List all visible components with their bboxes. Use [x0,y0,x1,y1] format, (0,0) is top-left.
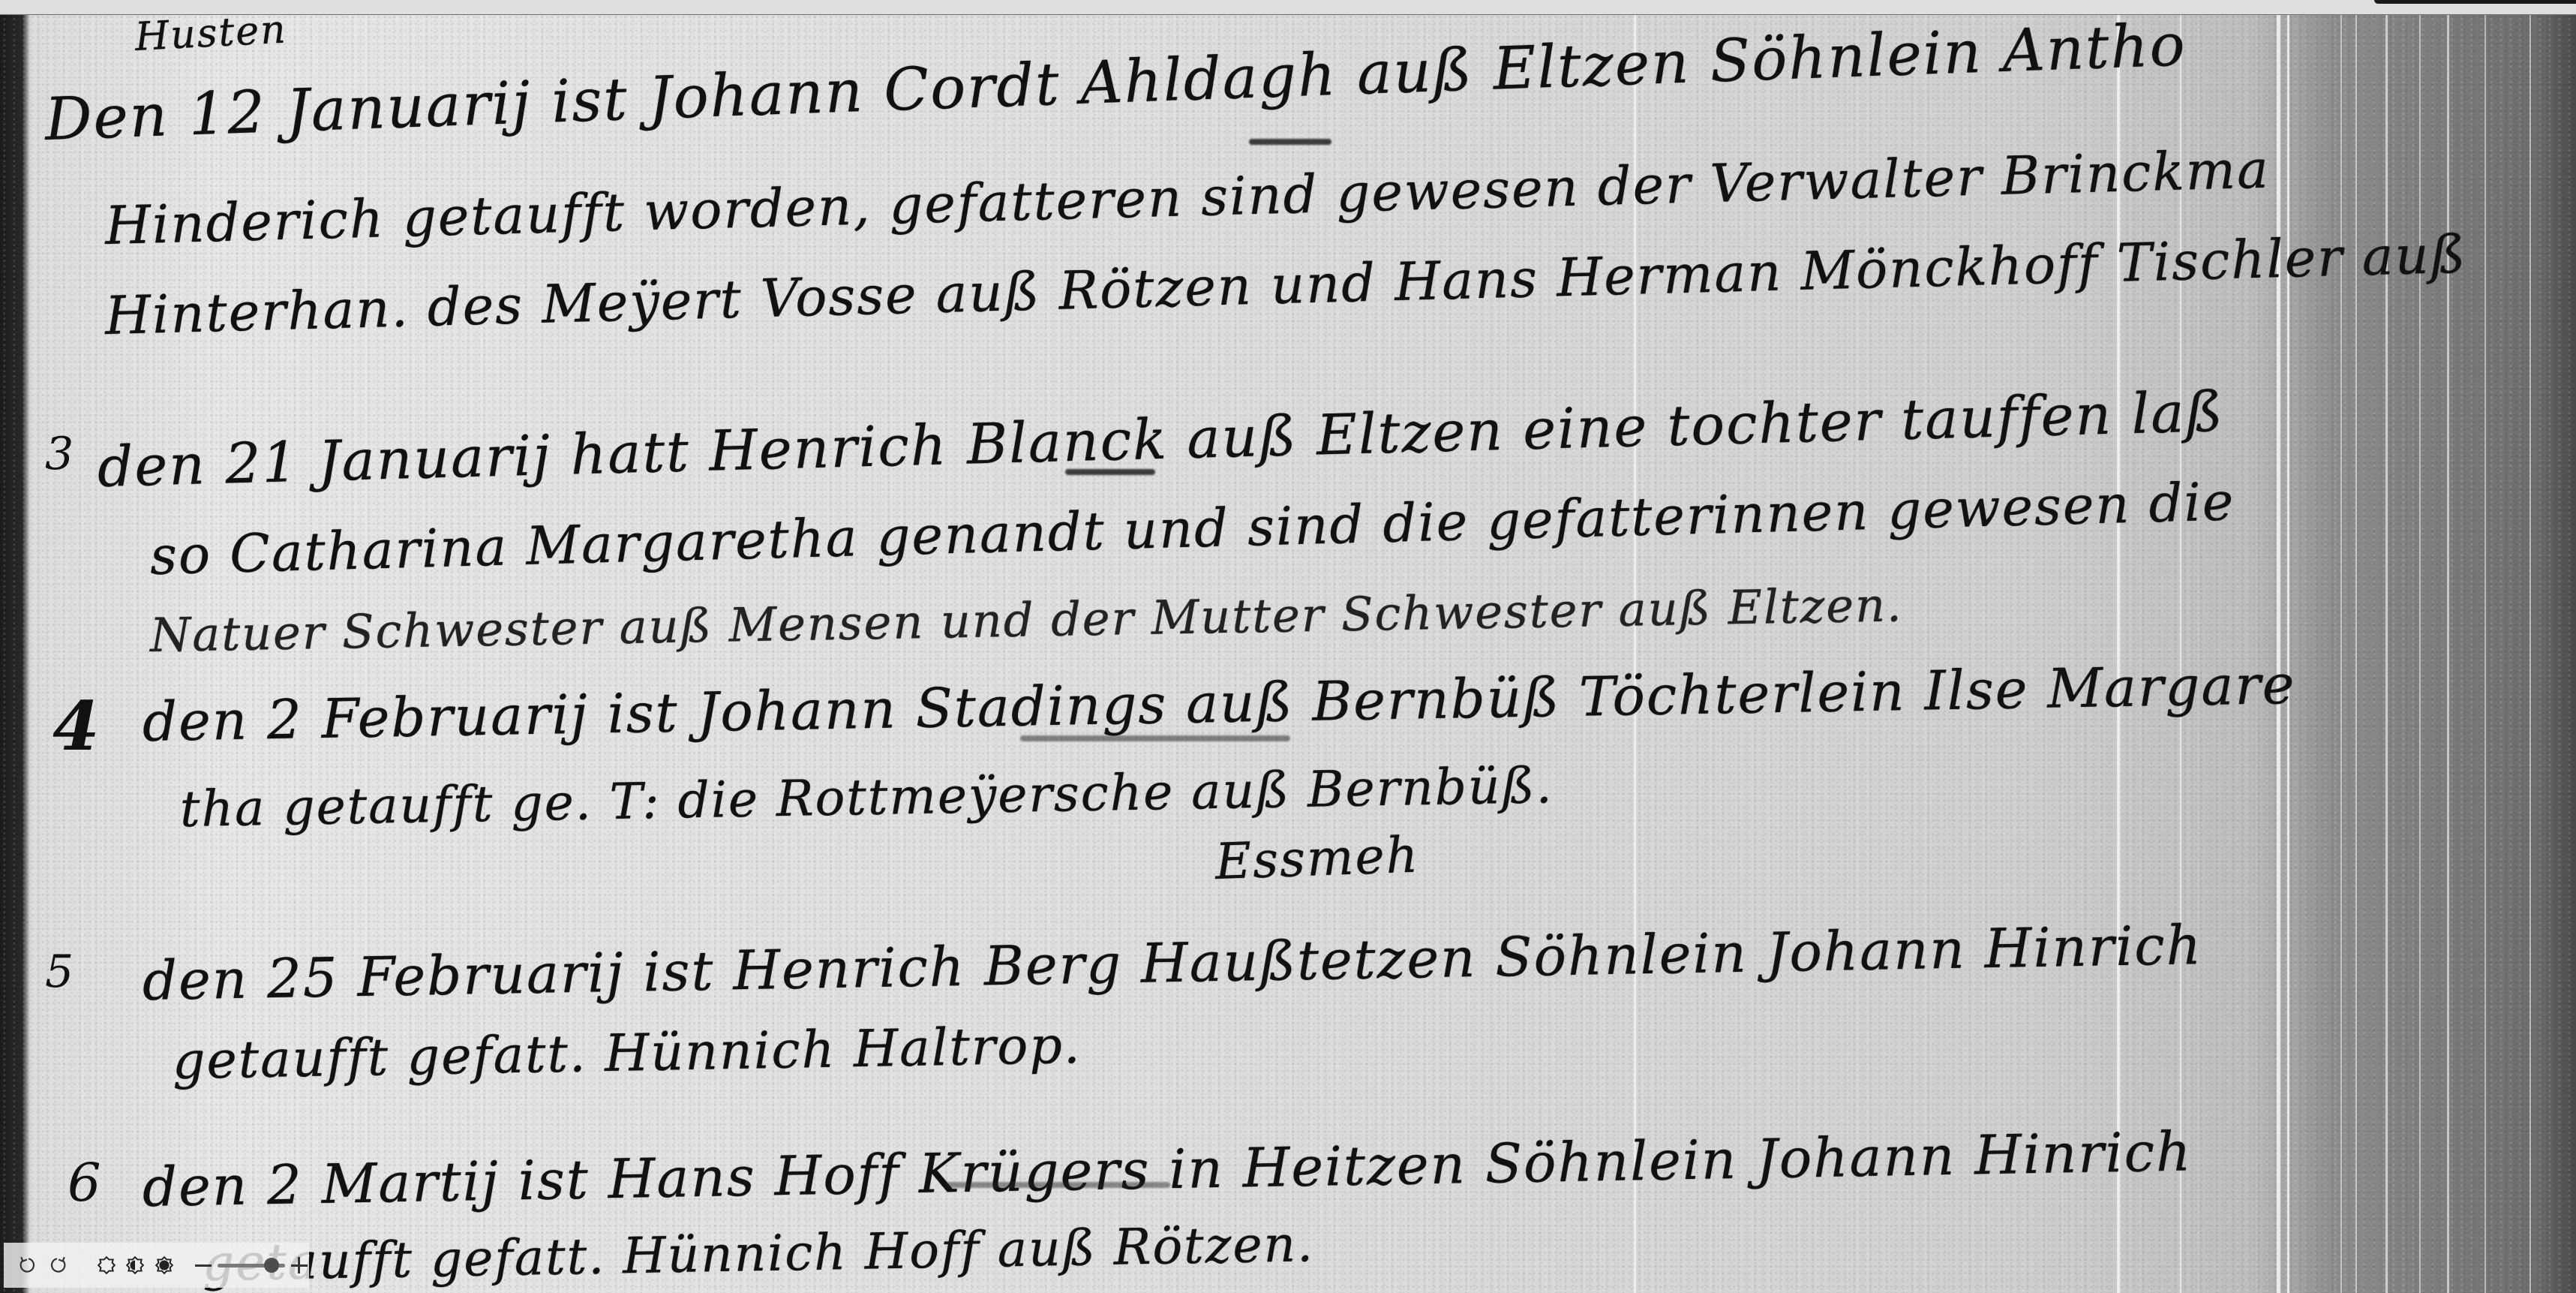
contrast-button[interactable] [121,1250,150,1280]
scan-line [2340,15,2342,1293]
scan-line [2385,15,2388,1293]
underline-mark [1065,469,1155,475]
rotate-left-icon [19,1255,38,1275]
scan-line [2355,15,2357,1293]
brightness-icon [97,1255,116,1275]
underline-mark [1020,735,1290,741]
zoom-out-button[interactable] [194,1255,213,1275]
top-right-panel-edge [2374,0,2576,4]
zoom-slider[interactable] [218,1255,285,1275]
brightness-button[interactable] [92,1250,121,1280]
entry-line: getaufft gefatt. Hünnich Hoff auß Rötzen… [202,1215,1314,1292]
scan-line [2447,15,2449,1293]
entry-line: getaufft gefatt. Hünnich Haltrop. [172,1016,1082,1091]
rotate-left-button[interactable] [14,1250,43,1280]
zoom-control [194,1255,309,1275]
entry-line: den 2 Martij ist Hans Hoff Krügers in He… [142,1120,2193,1219]
scan-line [2529,15,2531,1293]
header-fragment: Husten [134,15,288,60]
zoom-slider-thumb[interactable] [264,1258,279,1273]
zoom-in-button[interactable] [290,1255,309,1275]
invert-button[interactable] [150,1250,179,1280]
rotate-right-button[interactable] [43,1250,72,1280]
underline-mark [945,1182,1170,1188]
document-image-viewer[interactable]: Husten Den 12 Januarij ist Johann Cordt … [0,15,2576,1293]
scan-line [2180,15,2181,1293]
scan-line [2117,15,2120,1293]
correction-annotation: Essmeh [1214,826,1421,891]
image-viewer-toolbar [4,1243,309,1288]
scan-line [2484,15,2486,1293]
entry-line: den 25 Februarij ist Henrich Berg Haußte… [142,913,2202,1012]
contrast-icon [125,1255,145,1275]
top-bar [0,0,2576,15]
entry-line: tha getaufft ge. T: die Rottmeÿersche au… [179,756,1554,838]
entry-number: 6 [68,1152,101,1213]
underline-mark [1249,139,1332,145]
entry-number: 3 [45,428,74,480]
entry-number: 4 [53,687,100,766]
scan-line [2419,15,2421,1293]
entry-line: Natuer Schwester auß Mensen und der Mutt… [149,577,1903,663]
rotate-right-icon [47,1255,67,1275]
invert-icon [155,1255,174,1275]
entry-line: Den 12 Januarij ist Johann Cordt Ahldagh… [44,15,2187,154]
entry-number: 5 [45,946,74,998]
